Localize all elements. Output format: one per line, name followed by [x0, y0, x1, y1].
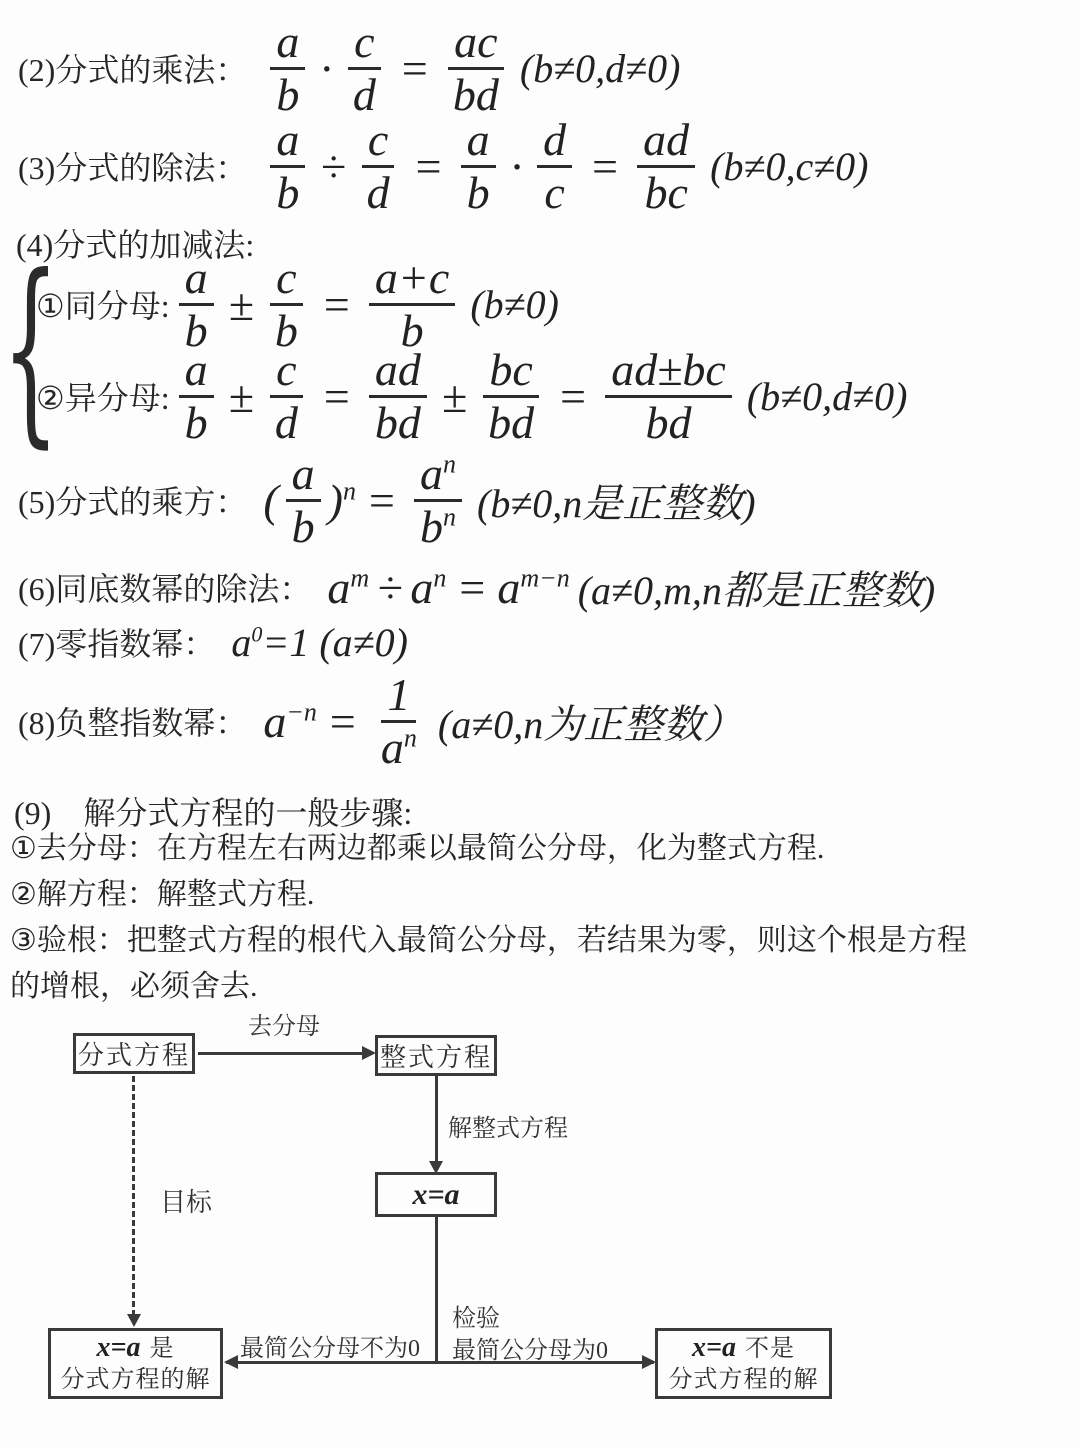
power-term: a−n — [263, 695, 317, 748]
formula-expression: a0 =1 (a≠0) — [231, 619, 408, 666]
exponent: n — [343, 476, 356, 505]
operator-dot: · — [511, 140, 523, 193]
fraction: acbd — [447, 20, 505, 116]
step-line: ②解方程：解整式方程. — [10, 872, 967, 918]
fraction: cd — [347, 20, 382, 116]
close-paren: ) — [328, 475, 343, 526]
arrowhead-down-icon — [127, 1314, 141, 1327]
equals-sign: = — [366, 474, 397, 527]
fraction-denominator: bd — [369, 398, 427, 445]
fraction: ab — [179, 348, 214, 444]
fraction-numerator: d — [537, 118, 572, 168]
fraction-numerator: ad — [369, 348, 427, 398]
close-paren-exponent: )n — [328, 474, 356, 527]
fraction: cb — [269, 256, 304, 352]
formula-row-power-division: (6)同底数幂的除法： am ÷ an = am−n (a≠0,m,n都是正整数… — [18, 558, 935, 616]
exponent: −n — [286, 697, 317, 726]
fraction-numerator: a — [461, 118, 496, 168]
formula-row-division: (3)分式的除法： ab ÷ cd = ab · dc = adbc (b≠0,… — [18, 118, 868, 214]
fraction-denominator: b — [270, 168, 305, 215]
fraction-numerator: c — [348, 20, 380, 70]
fraction: ab — [179, 256, 214, 352]
fraction: a+cb — [369, 256, 455, 352]
formula-expression: ab · cd = acbd (b≠0,d≠0) — [263, 20, 680, 116]
fraction-numerator: ad — [637, 118, 695, 168]
condition-text: (b≠0,c≠0) — [710, 143, 868, 190]
formula-expression: ( ab )n = anbn (b≠0,n是正整数) — [263, 452, 755, 548]
fraction-denominator: bd — [447, 70, 505, 117]
fraction-denominator: c — [538, 168, 570, 215]
formula-label: (8)负整指数幂： — [18, 698, 247, 744]
formula-expression: ab ÷ cd = ab · dc = adbc (b≠0,c≠0) — [263, 118, 868, 214]
fraction-denominator: d — [347, 70, 382, 117]
equals-sign: = — [413, 140, 444, 193]
formula-row-same-denominator: ①同分母: ab ± cb = a+cb (b≠0) — [36, 258, 559, 350]
base: a — [497, 562, 520, 613]
fraction-numerator: a — [270, 20, 305, 70]
node-label-line1: x=a是 — [97, 1332, 175, 1365]
step-line: ①去分母：在方程左右两边都乘以最简公分母，化为整式方程. — [10, 826, 967, 872]
fraction: ad±bcbd — [605, 348, 732, 444]
fraction-numerator: ad±bc — [605, 348, 732, 398]
fraction-denominator: bd — [640, 398, 698, 445]
equals-sign: = — [321, 278, 352, 331]
arrowhead-right-icon — [362, 1046, 376, 1060]
node-integral-equation: 整式方程 — [375, 1035, 497, 1076]
fraction-denominator: d — [269, 398, 304, 445]
fraction-numerator: c — [362, 118, 394, 168]
node-x-equals-a: x=a — [375, 1172, 497, 1217]
node-fractional-equation: 分式方程 — [73, 1033, 195, 1074]
formula-expression: a−n = 1an (a≠0,n为正整数） — [263, 673, 743, 769]
power-term: am−n — [497, 561, 569, 614]
fraction-denominator: d — [361, 168, 396, 215]
condition-text: (b≠0,d≠0) — [747, 373, 908, 420]
node-not-solution: x=a不是 分式方程的解 — [655, 1328, 832, 1399]
fraction-denominator: bn — [414, 502, 462, 549]
node-label-line2: 分式方程的解 — [669, 1365, 819, 1396]
step-line: ③验根：把整式方程的根代入最简公分母，若结果为零，则这个根是方程 — [10, 918, 967, 964]
formula-expression: ab ± cd = adbd ± bcbd = ad±bcbd (b≠0,d≠0… — [172, 348, 908, 444]
fraction-denominator: b — [461, 168, 496, 215]
fraction-denominator: b — [270, 70, 305, 117]
node-label: 整式方程 — [380, 1037, 492, 1074]
formula-expression: ab ± cb = a+cb (b≠0) — [172, 256, 559, 352]
suffix-text: 是 — [149, 1334, 174, 1365]
step-line: 的增根，必须舍去. — [10, 964, 967, 1010]
base: a — [231, 620, 251, 665]
arrowhead-left-icon — [224, 1355, 238, 1369]
operator-plusminus: ± — [442, 370, 467, 423]
condition-text: (b≠0) — [470, 281, 559, 328]
formula-label: (6)同底数幂的除法： — [18, 564, 311, 610]
fraction-numerator: a — [286, 452, 321, 502]
base: a — [263, 696, 286, 747]
operator-dot: · — [320, 42, 332, 95]
edge-label-lcd-nonzero: 最简公分母不为0 — [240, 1328, 420, 1363]
fraction: ab — [461, 118, 496, 214]
open-paren: ( — [263, 474, 278, 527]
fraction: bcbd — [482, 348, 540, 444]
equals-sign: = — [557, 370, 588, 423]
fraction: dc — [537, 118, 572, 214]
formula-expression: am ÷ an = am−n (a≠0,m,n都是正整数) — [327, 559, 935, 616]
exponent: n — [404, 723, 417, 752]
equation-rest: =1 (a≠0) — [262, 619, 408, 666]
formula-row-power: (5)分式的乘方： ( ab )n = anbn (b≠0,n是正整数) — [18, 452, 756, 548]
equals-sign: = — [456, 561, 487, 614]
fraction-numerator: ac — [448, 20, 503, 70]
fraction-numerator: bc — [483, 348, 538, 398]
connector-vertical-solve — [435, 1076, 438, 1163]
power-term: am — [327, 561, 369, 614]
equals-sign: = — [321, 370, 352, 423]
base: a — [327, 562, 350, 613]
x-equals-a-text: x=a — [692, 1332, 736, 1363]
formula-row-zero-exponent: (7)零指数幂： a0 =1 (a≠0) — [18, 616, 408, 668]
fraction: cd — [361, 118, 396, 214]
formula-label: ①同分母: — [36, 281, 170, 327]
fraction-denominator: b — [286, 502, 321, 549]
equals-sign: = — [589, 140, 620, 193]
exponent: n — [433, 563, 446, 592]
edge-label-lcd-zero: 最简公分母为0 — [452, 1330, 608, 1365]
node-label: 分式方程 — [78, 1035, 190, 1072]
arrowhead-right-icon — [642, 1355, 656, 1369]
condition-text: (b≠0,n是正整数) — [477, 472, 756, 529]
fraction: adbc — [637, 118, 695, 214]
fraction: ab — [286, 452, 321, 548]
base: b — [420, 501, 443, 552]
operator-plusminus: ± — [229, 278, 254, 331]
operator-divide: ÷ — [377, 561, 402, 614]
formula-label: (3)分式的除法： — [18, 143, 247, 189]
operator-plusminus: ± — [229, 370, 254, 423]
fraction-numerator: 1 — [381, 673, 416, 723]
exponent: m−n — [520, 563, 569, 592]
solution-steps: ①去分母：在方程左右两边都乘以最简公分母，化为整式方程. ②解方程：解整式方程.… — [10, 826, 967, 1010]
node-label-line1: x=a不是 — [692, 1332, 795, 1365]
equals-sign: = — [327, 695, 358, 748]
operator-divide: ÷ — [320, 140, 345, 193]
formula-label: (2)分式的乘法： — [18, 45, 247, 91]
formula-label: (7)零指数幂： — [18, 619, 215, 665]
fraction-numerator: c — [270, 256, 302, 306]
fraction-numerator: a — [179, 256, 214, 306]
suffix-text: 不是 — [745, 1334, 795, 1365]
fraction-denominator: bd — [482, 398, 540, 445]
base: a — [420, 448, 443, 499]
fraction-denominator: b — [179, 398, 214, 445]
edge-label-solve-integral: 解整式方程 — [448, 1108, 568, 1143]
formula-label: (5)分式的乘方： — [18, 477, 247, 523]
equals-sign: = — [399, 42, 430, 95]
fraction-numerator: a — [179, 348, 214, 398]
node-label: x=a — [412, 1178, 459, 1212]
condition-text: (b≠0,d≠0) — [520, 45, 681, 92]
fraction-denominator: an — [375, 723, 423, 770]
document-page: (2)分式的乘法： ab · cd = acbd (b≠0,d≠0) (3)分式… — [0, 0, 1080, 1447]
fraction: adbd — [369, 348, 427, 444]
base: a — [381, 722, 404, 773]
connector-vertical-check — [435, 1217, 438, 1363]
exponent: 0 — [251, 621, 262, 646]
formula-row-multiplication: (2)分式的乘法： ab · cd = acbd (b≠0,d≠0) — [18, 20, 680, 116]
connector-horizontal-top — [198, 1052, 364, 1055]
fraction: 1an — [375, 673, 423, 769]
base: a — [410, 562, 433, 613]
fraction-numerator: a — [270, 118, 305, 168]
fraction: ab — [270, 118, 305, 214]
condition-text: (a≠0,m,n都是正整数) — [578, 559, 935, 616]
exponent: n — [443, 449, 456, 478]
node-is-solution: x=a是 分式方程的解 — [48, 1328, 223, 1399]
exponent: m — [350, 563, 369, 592]
edge-label-remove-denominator: 去分母 — [248, 1006, 320, 1041]
fraction: anbn — [414, 452, 462, 548]
exponent: n — [443, 502, 456, 531]
fraction-denominator: bc — [638, 168, 693, 215]
x-equals-a-text: x=a — [97, 1332, 141, 1363]
power-term: an — [410, 561, 446, 614]
formula-label: ②异分母: — [36, 373, 170, 419]
connector-dashed-goal — [132, 1076, 135, 1316]
condition-text: (a≠0,n为正整数） — [438, 693, 743, 750]
fraction: cd — [269, 348, 304, 444]
fraction-numerator: an — [414, 452, 462, 502]
fraction: ab — [270, 20, 305, 116]
node-label-line2: 分式方程的解 — [61, 1365, 211, 1396]
edge-label-goal: 目标 — [160, 1182, 212, 1219]
fraction-numerator: c — [270, 348, 302, 398]
power-term: a0 — [231, 619, 262, 666]
formula-row-different-denominator: ②异分母: ab ± cd = adbd ± bcbd = ad±bcbd (b… — [36, 350, 907, 442]
fraction-numerator: a+c — [369, 256, 455, 306]
formula-row-negative-exponent: (8)负整指数幂： a−n = 1an (a≠0,n为正整数） — [18, 668, 743, 774]
edge-label-check: 检验 — [452, 1298, 500, 1333]
